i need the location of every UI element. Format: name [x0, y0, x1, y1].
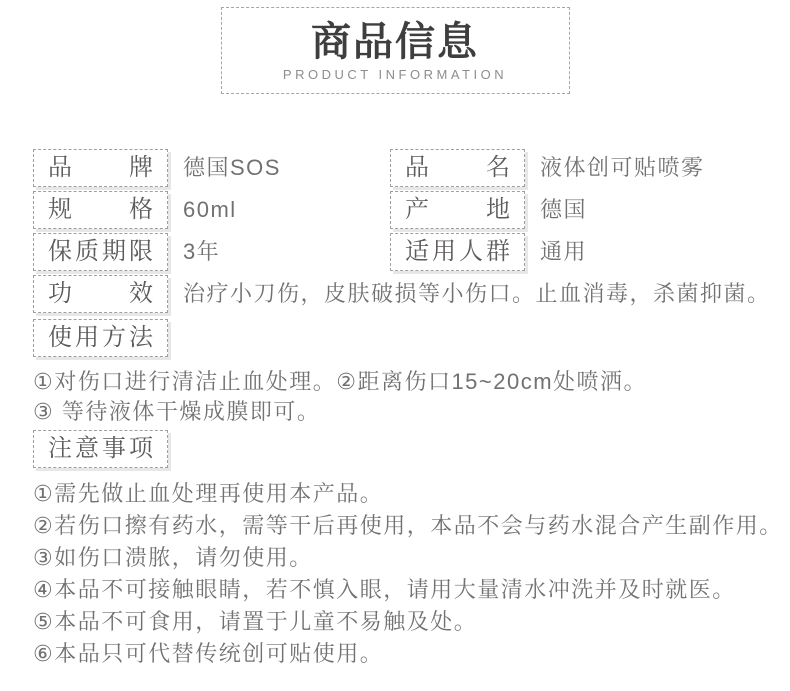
spec-value-origin: 德国	[540, 191, 587, 229]
page-title: 商品信息	[311, 20, 479, 64]
precaution-line: ⑤本品不可食用，请置于儿童不易触及处。	[33, 606, 778, 638]
spec-value-specification: 60ml	[183, 191, 237, 229]
usage-method-lines: ①对伤口进行清洁止血处理。②距离伤口15~20cm处喷洒。 ③ 等待液体干燥成膜…	[33, 367, 778, 427]
spec-value-brand: 德国SOS	[183, 149, 281, 187]
spec-label-specification: 规格	[33, 191, 168, 229]
spec-value-efficacy: 治疗小刀伤，皮肤破损等小伤口。止血消毒，杀菌抑菌。	[183, 275, 771, 313]
spec-row-brand: 品牌 德国SOS	[33, 149, 390, 187]
spec-label-applicable-people: 适用人群	[390, 233, 525, 271]
spec-grid: 品牌 德国SOS 品名 液体创可贴喷雾 规格 60ml 产地 德国 保质期限 3…	[33, 149, 790, 271]
precaution-line: ⑥本品只可代替传统创可贴使用。	[33, 638, 778, 670]
precaution-line: ②若伤口擦有药水，需等干后再使用，本品不会与药水混合产生副作用。	[33, 510, 778, 542]
spec-row-specification: 规格 60ml	[33, 191, 390, 229]
precaution-line: ①需先做止血处理再使用本产品。	[33, 478, 778, 510]
spec-label-efficacy: 功效	[33, 275, 168, 313]
precautions-label: 注意事项	[33, 430, 168, 468]
spec-row-origin: 产地 德国	[390, 191, 790, 229]
product-info-header: 商品信息 PRODUCT INFORMATION	[221, 7, 570, 94]
spec-row-applicable-people: 适用人群 通用	[390, 233, 790, 271]
spec-value-product-name: 液体创可贴喷雾	[540, 149, 705, 187]
usage-line: ①对伤口进行清洁止血处理。②距离伤口15~20cm处喷洒。	[33, 367, 778, 397]
usage-line: ③ 等待液体干燥成膜即可。	[33, 397, 778, 427]
usage-method-label: 使用方法	[33, 319, 168, 357]
spec-row-shelf-life: 保质期限 3年	[33, 233, 390, 271]
precautions-section: 注意事项	[33, 430, 790, 468]
usage-method-section: 使用方法	[33, 319, 790, 357]
precaution-line: ④本品不可接触眼睛，若不慎入眼，请用大量清水冲洗并及时就医。	[33, 574, 778, 606]
spec-label-shelf-life: 保质期限	[33, 233, 168, 271]
spec-label-origin: 产地	[390, 191, 525, 229]
spec-label-product-name: 品名	[390, 149, 525, 187]
spec-value-applicable-people: 通用	[540, 233, 587, 271]
spec-row-product-name: 品名 液体创可贴喷雾	[390, 149, 790, 187]
spec-row-efficacy: 功效 治疗小刀伤，皮肤破损等小伤口。止血消毒，杀菌抑菌。	[33, 275, 790, 313]
precaution-line: ③如伤口溃脓，请勿使用。	[33, 542, 778, 574]
page-subtitle: PRODUCT INFORMATION	[283, 67, 507, 82]
precaution-lines: ①需先做止血处理再使用本产品。 ②若伤口擦有药水，需等干后再使用，本品不会与药水…	[33, 478, 778, 670]
spec-label-brand: 品牌	[33, 149, 168, 187]
product-info-page: 商品信息 PRODUCT INFORMATION 品牌 德国SOS 品名 液体创…	[0, 0, 790, 691]
spec-value-shelf-life: 3年	[183, 233, 220, 271]
